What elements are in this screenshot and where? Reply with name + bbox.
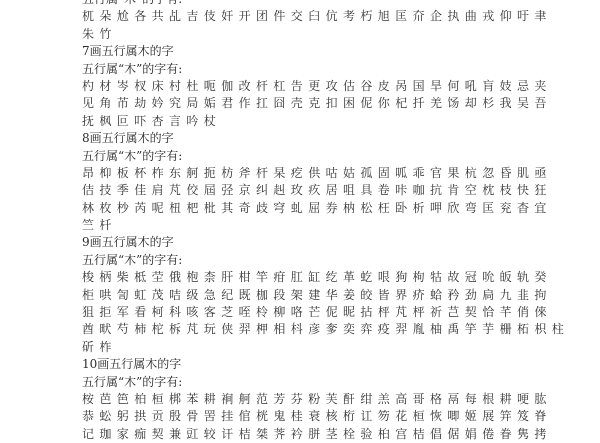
section-heading-10-strokes: 10画五行属木的字 — [82, 356, 542, 373]
char-row: 抚枫叵吓杏言吟杖 — [82, 113, 542, 130]
char-row: 桉芭笆柏桓梆苯耕裥舸范芳芬粉芙酐绀羔高哥格鬲每根耕哽肱 — [82, 391, 542, 400]
char-row: 酋畎芍柿柁柝芃玩侠羿柙相枓彦奓奕弈疫羿胤柚禹竽芋栅柘枳柱 — [82, 321, 542, 338]
document-page: 五行属“木”的字有: 杌朵尬各共乩吉伎奸开团件交臼伉考朽旭匡夼企执曲戎仰吁聿 朱… — [82, 0, 542, 400]
char-row: 杌朵尬各共乩吉伎奸开团件交臼伉考朽旭匡夼企执曲戎仰吁聿 — [82, 8, 542, 25]
char-row: 柜哄訇虹茂咭级急纪既枷段架建华姜皎皆界疥蛤矜劲扃九韭拘 — [82, 287, 542, 304]
section-subheading: 五行属“木”的字有: — [82, 252, 542, 269]
char-row: 昂枊板杯柞东舸扼枋斧杆杲疙供咕姑孤固呱乖官果杭忽昏肌亟 — [82, 165, 542, 182]
section-heading-8-strokes: 8画五行属木的字 — [82, 130, 542, 147]
char-row: 竺杄 — [82, 217, 542, 234]
section-subheading: 五行属“木”的字有: — [82, 148, 542, 165]
char-row: 佶技季佳肩芃佼屆弪京纠赳玫疚居咀具卷咔咖抗肯空枕枝快狂 — [82, 182, 542, 199]
char-row: 林枚杪芮呢杻杷枇其奇歧穹虬屈券枘松枉卧析呷欣弯匡兖杳宜 — [82, 200, 542, 217]
char-row: 斫柞 — [82, 339, 542, 356]
section-heading-7-strokes: 7画五行属木的字 — [82, 43, 542, 60]
section-heading-9-strokes: 9画五行属木的字 — [82, 234, 542, 251]
section-subheading: 五行属“木”的字有: — [82, 61, 542, 78]
char-row: 狙拒军看柯科咳客芝咥柃柳咯芒伲昵拈枰芃枰祈芑契恰芊俏倈 — [82, 304, 542, 321]
char-row: 杓材岑杈床村杜呃伽改杆杠告更攻估谷皮呙国旱何吼肓妓忌夹 — [82, 78, 542, 95]
char-row: 见角芇劫妗究局姤君作扛囧壳克扣困伲你杞扦羌饧却杉我吴吾 — [82, 95, 542, 112]
section-subheading: 五行属“木”的字有: — [82, 0, 542, 8]
section-subheading: 五行属“木”的字有: — [82, 374, 542, 391]
char-row: 梭柄柴柢茔俄枹柰肝柑竿疳肛缸纥革虼哏狗枸牯故冠吮皈轨癸 — [82, 269, 542, 286]
char-row: 朱竹 — [82, 26, 542, 43]
